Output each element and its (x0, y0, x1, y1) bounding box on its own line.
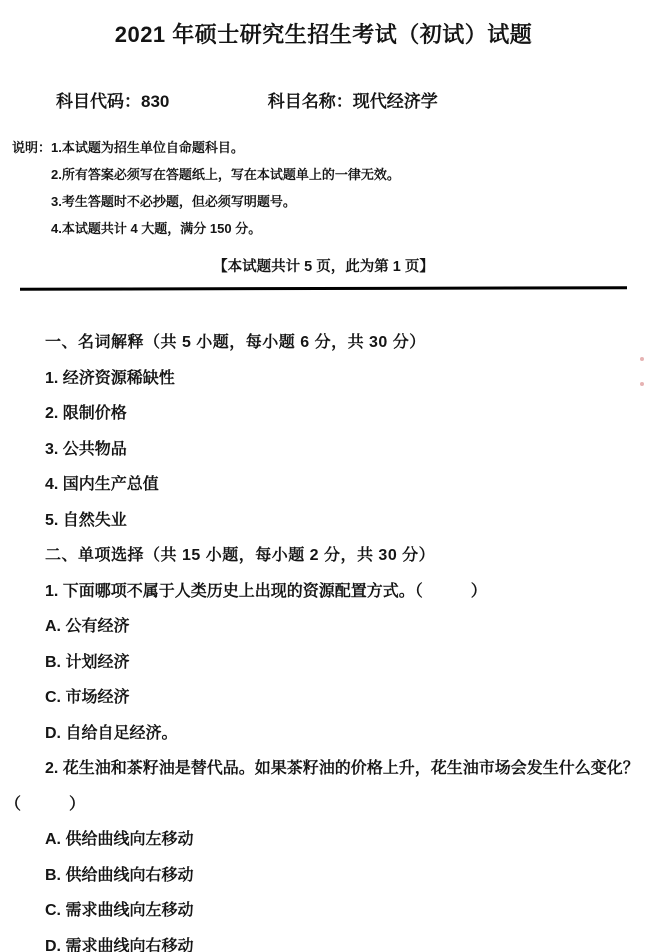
note-line-3: 3.考生答题时不必抄题，但必须写明题号。 (51, 188, 647, 215)
section1-term-2: 2. 限制价格 (45, 404, 647, 423)
subject-name-label: 科目名称： (268, 92, 353, 111)
notes-list: 1.本试题为招生单位自命题科目。 2.所有答案必须写在答题纸上，写在本试题单上的… (51, 134, 647, 242)
exam-paper-page: 2021 年硕士研究生招生考试（初试）试题 科目代码：830 科目名称：现代经济… (0, 0, 647, 952)
subject-name-value: 现代经济学 (353, 92, 438, 111)
notes-block: 说明： 1.本试题为招生单位自命题科目。 2.所有答案必须写在答题纸上，写在本试… (0, 134, 647, 242)
scan-speck (640, 357, 644, 361)
question-1-stem: 1. 下面哪项不属于人类历史上出现的资源配置方式。（ ） (45, 582, 647, 601)
page-title: 2021 年硕士研究生招生考试（初试）试题 (0, 0, 647, 48)
question-1-option-d: D. 自给自足经济。 (45, 724, 647, 743)
question-1-option-c: C. 市场经济 (45, 688, 647, 707)
subject-code-value: 830 (141, 92, 169, 111)
section1-term-5: 5. 自然失业 (45, 511, 647, 530)
question-2-stem: 2. 花生油和茶籽油是替代品。如果茶籽油的价格上升，花生油市场会发生什么变化？ (45, 759, 647, 778)
subject-row: 科目代码：830 科目名称：现代经济学 (0, 87, 647, 112)
question-2-option-c: C. 需求曲线向左移动 (45, 901, 647, 920)
question-2-answer-brackets: （ ） (5, 795, 647, 814)
question-2-option-d: D. 需求曲线向右移动 (45, 937, 647, 952)
question-1-option-b: B. 计划经济 (45, 653, 647, 672)
section1-term-3: 3. 公共物品 (45, 440, 647, 459)
exam-body: 一、名词解释（共 5 小题，每小题 6 分，共 30 分） 1. 经济资源稀缺性… (0, 290, 647, 952)
page-count-line: 【本试题共计 5 页，此为第 1 页】 (0, 255, 647, 276)
note-line-4: 4.本试题共计 4 大题，满分 150 分。 (51, 215, 647, 242)
question-1-option-a: A. 公有经济 (45, 617, 647, 636)
note-line-2: 2.所有答案必须写在答题纸上，写在本试题单上的一律无效。 (51, 161, 647, 188)
section1-term-4: 4. 国内生产总值 (45, 475, 647, 494)
section2-heading: 二、单项选择（共 15 小题，每小题 2 分，共 30 分） (45, 546, 647, 565)
question-2-option-b: B. 供给曲线向右移动 (45, 866, 647, 885)
notes-label: 说明： (12, 134, 51, 242)
scan-speck (640, 382, 644, 386)
subject-code-group: 科目代码：830 (56, 87, 263, 112)
subject-name-group: 科目名称：现代经济学 (268, 92, 438, 111)
section1-term-1: 1. 经济资源稀缺性 (45, 369, 647, 388)
subject-code-label: 科目代码： (56, 92, 141, 111)
question-2-option-a: A. 供给曲线向左移动 (45, 830, 647, 849)
section1-heading: 一、名词解释（共 5 小题，每小题 6 分，共 30 分） (45, 333, 647, 352)
note-line-1: 1.本试题为招生单位自命题科目。 (51, 134, 647, 161)
